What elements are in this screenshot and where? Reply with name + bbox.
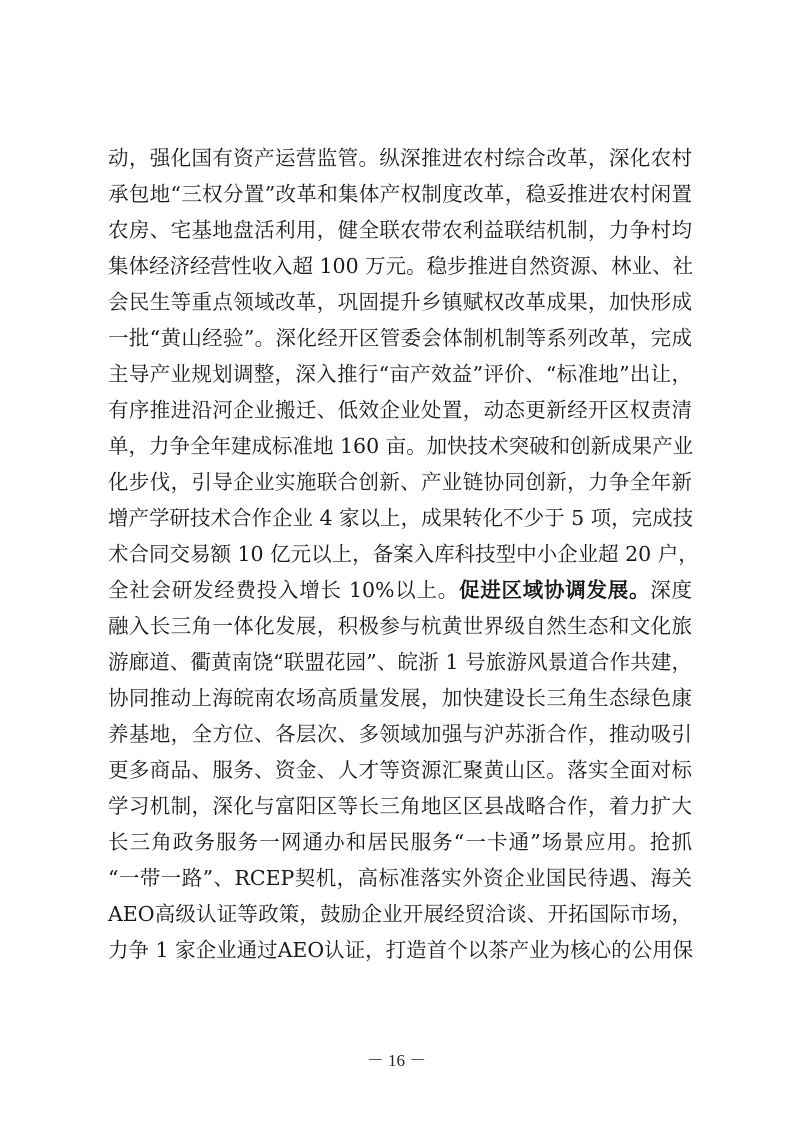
text-line: 力争 1 家企业通过AEO认证，打造首个以茶产业为核心的公用保 <box>108 932 692 968</box>
text-line: 游廊道、衢黄南饶“联盟花园”、皖浙 1 号旅游风景道合作共建， <box>108 644 692 680</box>
text-line: 有序推进沿河企业搬迁、低效企业处置，动态更新经开区权责清 <box>108 392 692 428</box>
text-line: 协同推动上海皖南农场高质量发展，加快建设长三角生态绿色康 <box>108 680 692 716</box>
text-line: 承包地“三权分置”改革和集体产权制度改革，稳妥推进农村闲置 <box>108 176 692 212</box>
text-line: 长三角政务服务一网通办和居民服务“一卡通”场景应用。抢抓 <box>108 824 692 860</box>
text-line: “一带一路”、RCEP契机，高标准落实外资企业国民待遇、海关 <box>108 860 692 896</box>
text-line: 一批“黄山经验”。深化经开区管委会体制机制等系列改革，完成 <box>108 320 692 356</box>
text-line: 更多商品、服务、资金、人才等资源汇聚黄山区。落实全面对标 <box>108 752 692 788</box>
body-text: 动，强化国有资产运营监管。纵深推进农村综合改革，深化农村 承包地“三权分置”改革… <box>108 140 692 968</box>
text-line-with-heading: 全社会研发经费投入增长 10%以上。促进区域协调发展。深度 <box>108 572 692 608</box>
text-line: 动，强化国有资产运营监管。纵深推进农村综合改革，深化农村 <box>108 140 692 176</box>
text-line: 化步伐，引导企业实施联合创新、产业链协同创新，力争全年新 <box>108 464 692 500</box>
text-line: 主导产业规划调整，深入推行“亩产效益”评价、“标准地”出让， <box>108 356 692 392</box>
text-line: 单，力争全年建成标准地 160 亩。加快技术突破和创新成果产业 <box>108 428 692 464</box>
text-line: 增产学研技术合作企业 4 家以上，成果转化不少于 5 项，完成技 <box>108 500 692 536</box>
text-line: 会民生等重点领域改革，巩固提升乡镇赋权改革成果，加快形成 <box>108 284 692 320</box>
section-heading-inline: 促进区域协调发展。 <box>459 578 650 602</box>
text-line: 术合同交易额 10 亿元以上，备案入库科技型中小企业超 20 户， <box>108 536 692 572</box>
text-line: 集体经济经营性收入超 100 万元。稳步推进自然资源、林业、社 <box>108 248 692 284</box>
document-page: 动，强化国有资产运营监管。纵深推进农村综合改革，深化农村 承包地“三权分置”改革… <box>0 0 793 1122</box>
text-line: 融入长三角一体化发展，积极参与杭黄世界级自然生态和文化旅 <box>108 608 692 644</box>
text-line: 养基地，全方位、各层次、多领域加强与沪苏浙合作，推动吸引 <box>108 716 692 752</box>
text-run: 全社会研发经费投入增长 10%以上。 <box>108 578 459 602</box>
text-line: 农房、宅基地盘活利用，健全联农带农利益联结机制，力争村均 <box>108 212 692 248</box>
page-number: － 16 － <box>0 1046 793 1071</box>
text-line: 学习机制，深化与富阳区等长三角地区区县战略合作，着力扩大 <box>108 788 692 824</box>
text-run: 深度 <box>650 578 692 602</box>
text-line: AEO高级认证等政策，鼓励企业开展经贸洽谈、开拓国际市场， <box>108 896 692 932</box>
